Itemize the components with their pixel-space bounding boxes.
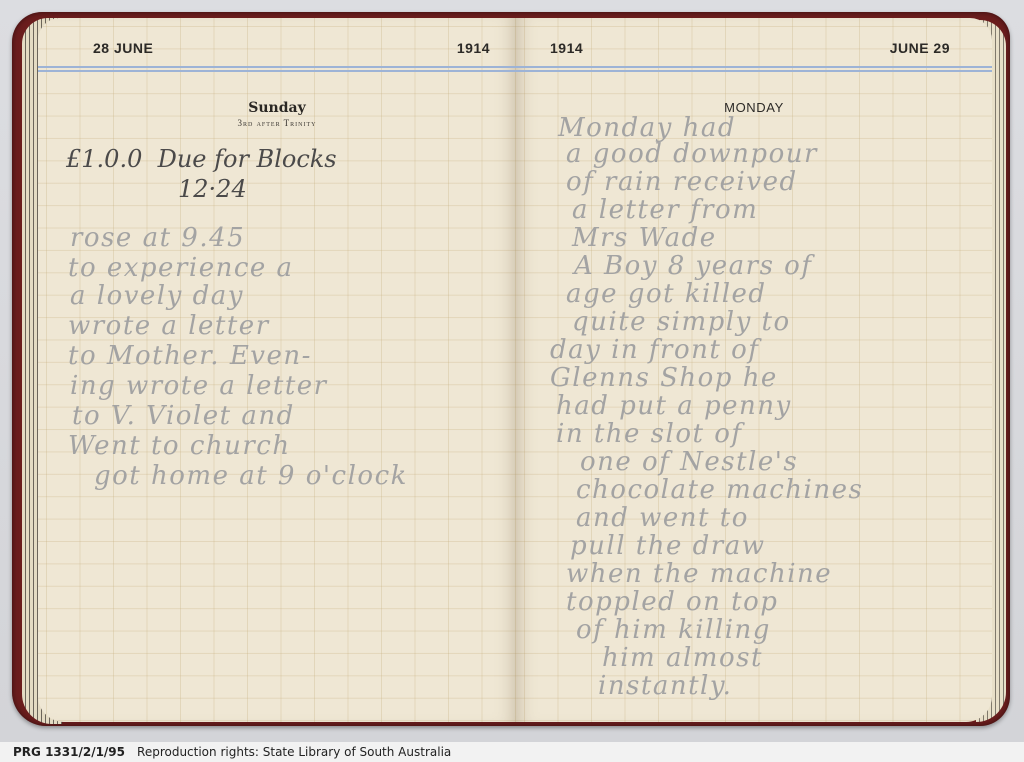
handwritten-line: quite simply to (572, 310, 791, 334)
handwritten-line: age got killed (566, 282, 767, 306)
handwritten-line: rose at 9.45 (70, 226, 245, 250)
handwritten-line: a good downpour (566, 142, 818, 166)
handwritten-line: Glenns Shop he (550, 366, 778, 390)
handwritten-line: instantly. (598, 674, 732, 698)
handwritten-line: ing wrote a letter (70, 374, 328, 398)
handwritten-line: to Mother. Even- (68, 344, 312, 368)
handwritten-line: to experience a (68, 256, 294, 280)
handwritten-line: in the slot of (556, 422, 742, 446)
reproduction-rights: Reproduction rights: State Library of So… (137, 745, 451, 759)
handwritten-line: Mrs Wade (572, 226, 717, 250)
handwritten-line: Monday had (558, 116, 736, 140)
handwritten-line: one of Nestle's (580, 450, 798, 474)
left-date-label: 28 JUNE (93, 40, 153, 56)
ink-note-line-1: £1.0.0 Due for Blocks (66, 145, 337, 173)
header-double-rule (516, 66, 992, 72)
left-year-label: 1914 (457, 40, 490, 56)
diary-page-right: 1914 JUNE 29 MONDAY Monday had a good do… (516, 18, 992, 722)
handwritten-line: chocolate machines (576, 478, 863, 502)
right-year-label: 1914 (550, 40, 583, 56)
ink-note-line-2: 12·24 (178, 175, 247, 203)
handwritten-line: got home at 9 o'clock (94, 464, 408, 488)
handwritten-line: to V. Violet and (72, 404, 295, 428)
day-subtitle: 3rd after Trinity (38, 118, 516, 128)
diary-page-left: 28 JUNE 1914 Sunday 3rd after Trinity £1… (38, 18, 516, 722)
image-viewer: 28 JUNE 1914 Sunday 3rd after Trinity £1… (0, 0, 1024, 742)
handwritten-line: toppled on top (566, 590, 778, 614)
handwritten-line: Went to church (68, 434, 291, 458)
handwritten-line: a letter from (572, 198, 758, 222)
handwritten-line: wrote a letter (68, 314, 270, 338)
handwritten-line: and went to (576, 506, 749, 530)
handwritten-line: day in front of (550, 338, 759, 362)
handwritten-line: him almost (602, 646, 763, 670)
day-name-sunday: Sunday (38, 100, 516, 116)
handwritten-line: of him killing (576, 618, 771, 642)
handwritten-line: had put a penny (556, 394, 792, 418)
right-date-label: JUNE 29 (890, 40, 950, 56)
header-double-rule (38, 66, 516, 72)
handwritten-line: when the machine (566, 562, 832, 586)
handwritten-line: pull the draw (570, 534, 765, 558)
handwritten-line: a lovely day (70, 284, 244, 308)
handwritten-line: A Boy 8 years of (574, 254, 812, 278)
caption-bar: PRG 1331/2/1/95Reproduction rights: Stat… (0, 742, 1024, 762)
handwritten-line: of rain received (566, 170, 798, 194)
record-id: PRG 1331/2/1/95 (13, 745, 125, 759)
